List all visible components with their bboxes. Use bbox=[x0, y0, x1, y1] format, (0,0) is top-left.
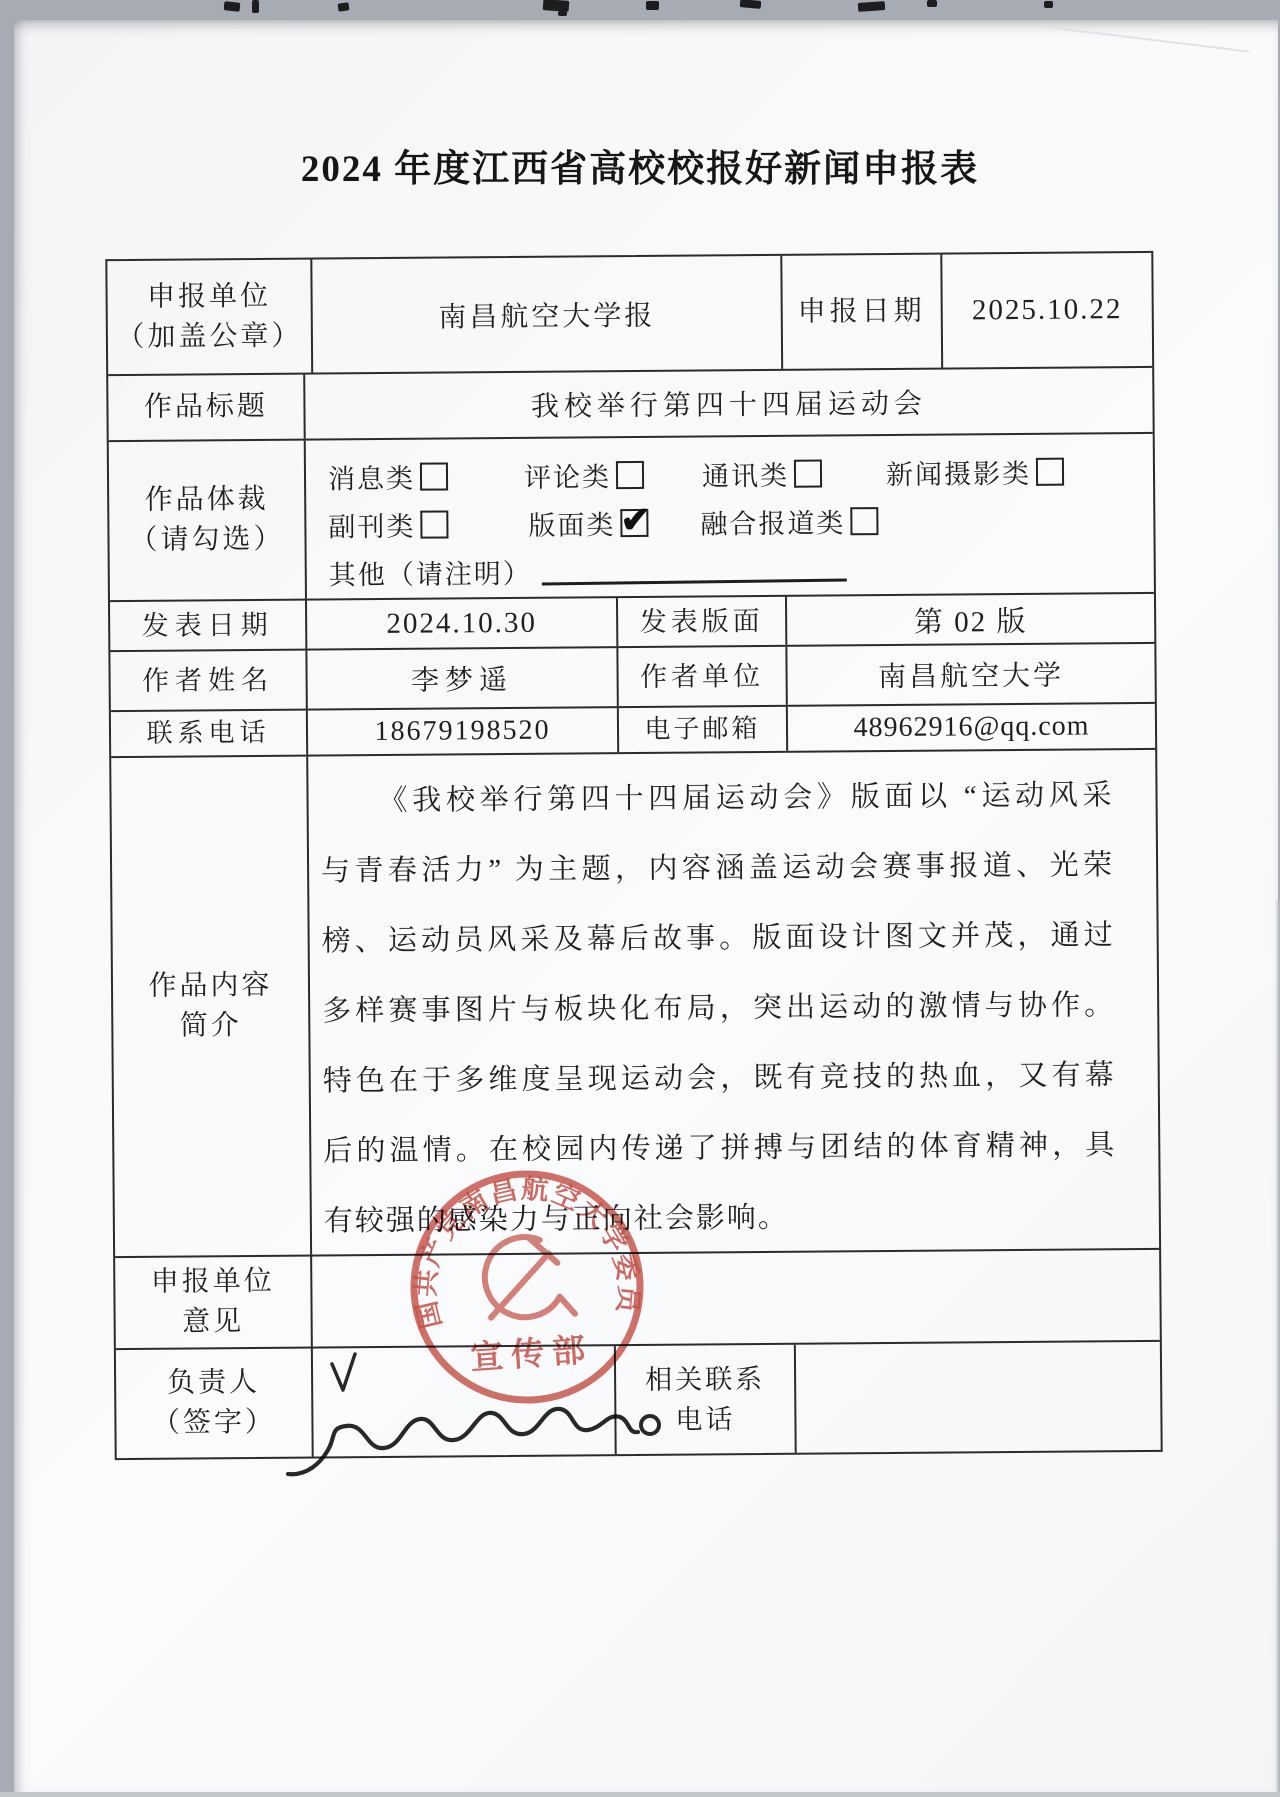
author-unit-label: 作者单位 bbox=[640, 656, 764, 697]
checkbox-commentary bbox=[616, 461, 644, 489]
cell-author-name-label: 作者姓名 bbox=[110, 651, 307, 711]
row-contact: 联系电话 18679198520 电子邮箱 48962916@qq.com bbox=[111, 704, 1155, 758]
cell-publish-date-label: 发表日期 bbox=[110, 601, 307, 651]
email-label: 电子邮箱 bbox=[644, 709, 760, 750]
summary-line: 多样赛事图片与板块化布局，突出运动的激情与协作。 bbox=[322, 970, 1116, 1046]
genre-other-blank-line bbox=[542, 578, 847, 585]
genre-label-line2: （请勾选） bbox=[129, 520, 284, 561]
genre-option-photojournalism: 新闻摄影类 bbox=[886, 451, 1064, 491]
publish-date-label: 发表日期 bbox=[142, 605, 274, 646]
signer-label-line2: （签字） bbox=[152, 1403, 276, 1444]
email-value: 48962916@qq.com bbox=[853, 710, 1089, 744]
genre-line1: 消息类 评论类 通讯类 新闻摄影类 bbox=[328, 447, 1064, 501]
apply-date-label: 申报日期 bbox=[798, 291, 926, 332]
row-author: 作者姓名 李梦遥 作者单位 南昌航空大学 bbox=[110, 644, 1154, 712]
cell-publish-date-value: 2024.10.30 bbox=[307, 598, 618, 648]
cell-genre-label: 作品体裁 （请勾选） bbox=[109, 441, 307, 601]
signature-check-mark bbox=[332, 1354, 355, 1390]
genre-option-commentary: 评论类 bbox=[524, 454, 644, 494]
publish-date-value: 2024.10.30 bbox=[386, 606, 537, 640]
cell-phone-label: 联系电话 bbox=[111, 711, 308, 757]
scanned-page: 2024 年度江西省高校校报好新闻申报表 申报单位 （加盖公章） 南昌航空大学报… bbox=[0, 0, 1280, 1797]
cell-email-label: 电子邮箱 bbox=[619, 707, 788, 752]
genre-option-converged: 融合报道类 bbox=[700, 501, 878, 541]
summary-line: 特色在于多维度呈现运动会，既有竞技的热血，又有幕 bbox=[322, 1040, 1116, 1116]
checkbox-photojournalism bbox=[1036, 458, 1064, 486]
author-name-value: 李梦遥 bbox=[411, 658, 513, 699]
cell-summary-label: 作品内容 简介 bbox=[111, 757, 312, 1257]
cell-author-unit-label: 作者单位 bbox=[618, 647, 787, 706]
phone-value: 18679198520 bbox=[374, 715, 550, 748]
cell-publish-page-label: 发表版面 bbox=[618, 597, 787, 646]
cell-email-value: 48962916@qq.com bbox=[788, 704, 1155, 751]
publish-page-value: 第 02 版 bbox=[914, 598, 1028, 640]
cell-phone-value: 18679198520 bbox=[308, 708, 619, 754]
applicant-value: 南昌航空大学报 bbox=[438, 293, 655, 335]
apply-date-value: 2025.10.22 bbox=[972, 293, 1123, 327]
cell-author-name-value: 李梦遥 bbox=[307, 648, 618, 708]
signature-end-loop bbox=[641, 1416, 659, 1434]
cell-applicant-label: 申报单位 （加盖公章） bbox=[107, 260, 313, 375]
summary-label-line1: 作品内容 bbox=[148, 966, 272, 1007]
applicant-label-line2: （加盖公章） bbox=[116, 316, 302, 357]
cell-signer-contact-value bbox=[796, 1342, 1161, 1453]
author-unit-value: 南昌航空大学 bbox=[878, 654, 1064, 695]
summary-line: 榜、运动员风采及幕后故事。版面设计图文并茂，通过 bbox=[321, 900, 1115, 976]
hammer-sickle-icon bbox=[482, 1234, 575, 1320]
checkbox-news bbox=[420, 462, 448, 490]
cell-publish-page-value: 第 02 版 bbox=[787, 594, 1154, 645]
publish-page-label: 发表版面 bbox=[640, 601, 764, 642]
cell-applicant-value: 南昌航空大学报 bbox=[312, 256, 783, 373]
summary-line: 与青春活力” 为主题，内容涵盖运动会赛事报道、光荣 bbox=[321, 830, 1115, 906]
row-applicant: 申报单位 （加盖公章） 南昌航空大学报 申报日期 2025.10.22 bbox=[107, 253, 1152, 376]
scan-edge-bottom bbox=[0, 1792, 1280, 1797]
signer-label-line1: 负责人 bbox=[167, 1363, 260, 1404]
summary-line: 《我校举行第四十四届运动会》版面以 “运动风采 bbox=[320, 760, 1114, 836]
author-name-label: 作者姓名 bbox=[142, 660, 274, 701]
cell-apply-date-label: 申报日期 bbox=[782, 255, 943, 369]
genre-line2: 副刊类 版面类 融合报道类 bbox=[328, 496, 878, 548]
checkbox-converged bbox=[850, 507, 878, 535]
work-title-label: 作品标题 bbox=[144, 387, 268, 428]
genre-option-news: 消息类 bbox=[328, 456, 448, 496]
checkbox-communication bbox=[794, 460, 822, 488]
cell-work-title-value: 我校举行第四十四届运动会 bbox=[305, 368, 1152, 439]
summary-label-line2: 简介 bbox=[180, 1006, 242, 1046]
opinion-label-line1: 申报单位 bbox=[151, 1262, 275, 1303]
genre-other-label: 其他（请注明） bbox=[329, 551, 532, 592]
row-genre: 作品体裁 （请勾选） 消息类 评论类 通讯类 新闻摄影类 副刊类 版面类 融合报… bbox=[109, 434, 1154, 602]
cell-author-unit-value: 南昌航空大学 bbox=[787, 644, 1154, 705]
genre-option-layout: 版面类 bbox=[528, 502, 648, 542]
checkbox-layout bbox=[620, 509, 648, 537]
svg-text:中国共产党南昌航空大学委员会: 中国共产党南昌航空大学委员会 bbox=[403, 1166, 647, 1332]
scan-edge-right bbox=[1275, 900, 1280, 1797]
page-title: 2024 年度江西省高校校报好新闻申报表 bbox=[0, 138, 1280, 192]
genre-option-supplement: 副刊类 bbox=[328, 504, 448, 544]
checkbox-supplement bbox=[420, 510, 448, 538]
work-title-value: 我校举行第四十四届运动会 bbox=[531, 382, 927, 425]
cell-work-title-label: 作品标题 bbox=[108, 375, 305, 441]
genre-label-line1: 作品体裁 bbox=[145, 480, 269, 521]
signature-stroke bbox=[288, 1409, 638, 1474]
cell-opinion-label: 申报单位 意见 bbox=[115, 1257, 313, 1349]
row-work-title: 作品标题 我校举行第四十四届运动会 bbox=[108, 368, 1152, 442]
cell-genre-options: 消息类 评论类 通讯类 新闻摄影类 副刊类 版面类 融合报道类 其他（请注明） bbox=[306, 434, 1154, 599]
applicant-label-line1: 申报单位 bbox=[147, 276, 271, 317]
row-publish: 发表日期 2024.10.30 发表版面 第 02 版 bbox=[110, 594, 1154, 652]
genre-option-communication: 通讯类 bbox=[702, 453, 822, 493]
seal-ring-text: 中国共产党南昌航空大学委员会 bbox=[403, 1166, 647, 1332]
opinion-label-line2: 意见 bbox=[182, 1302, 244, 1342]
signature-scrawl bbox=[272, 1338, 702, 1478]
genre-line3: 其他（请注明） bbox=[329, 544, 847, 596]
phone-label: 联系电话 bbox=[146, 713, 270, 754]
cell-apply-date-value: 2025.10.22 bbox=[942, 253, 1152, 368]
